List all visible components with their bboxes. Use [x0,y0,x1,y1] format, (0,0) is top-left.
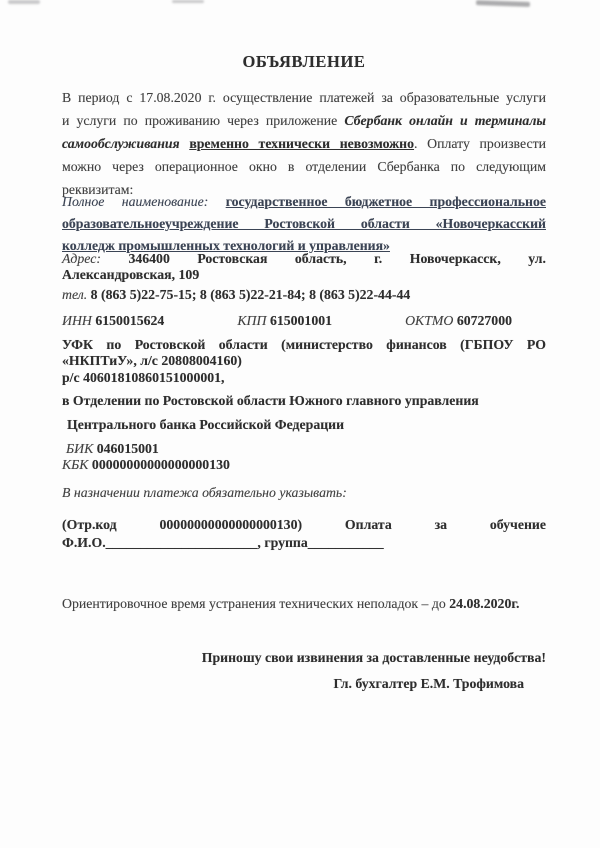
kpp-field: КПП 615001001 [237,313,332,329]
eta-date: 24.08.2020г. [449,596,519,611]
account-number-field: р/с 40601810860151000001, [62,370,546,386]
phone-label: тел. [62,287,91,302]
full-name-field: Полное наименование: государственное бюд… [62,191,546,257]
signature-line: Гл. бухгалтер Е.М. Трофимова [62,676,546,692]
fio-group-line: Ф.И.О.______________________, группа____… [62,534,546,552]
oktmo-field: ОКТМО 60727000 [405,313,512,329]
inn-field: ИНН 6150015624 [62,313,164,329]
announcement-title: ОБЪЯВЛЕНИЕ [62,54,546,70]
payment-purpose-field: (Отр.код 00000000000000000130) Оплата за… [62,516,546,552]
address-field: Адрес: 346400 Ростовская область, г. Нов… [62,251,546,282]
scan-artifact [172,0,204,3]
scan-artifact [476,0,530,7]
temporarily-impossible-emphasis: временно технически невозможно [189,136,414,151]
payment-purpose-note: В назначении платежа обязательно указыва… [62,485,546,501]
intro-line-2: и услуги по проживанию через приложение … [62,109,546,132]
tax-codes-row: ИНН 6150015624 КПП 615001001 ОКТМО 60727… [62,313,512,329]
intro-line-4: можно через операционное окно в отделени… [62,155,546,178]
intro-line-1: В период с 17.08.2020 г. осуществление п… [62,86,546,109]
intro-line-3: самообслуживания временно технически нев… [62,132,546,155]
full-name-label: Полное наименование: [62,194,226,209]
ufk-field: УФК по Ростовской области (министерство … [62,337,546,369]
sberbank-online-emphasis: Сбербанк онлайн и терминалы [344,113,546,128]
bank-branch-line-2: Центрального банка Российской Федерации [62,417,551,433]
phone-field: тел. 8 (863 5)22-75-15; 8 (863 5)22-21-8… [62,287,546,303]
purpose-code-line: (Отр.код 00000000000000000130) Оплата за… [62,516,546,534]
intro-paragraph: В период с 17.08.2020 г. осуществление п… [62,86,546,201]
bik-field: БИК 046015001 [62,441,550,457]
announcement-document: ОБЪЯВЛЕНИЕ В период с 17.08.2020 г. осущ… [0,0,600,848]
address-label: Адрес: [62,251,128,266]
scan-artifact [8,0,40,4]
kbk-field: КБК 00000000000000000130 [62,457,546,473]
apology-line: Приношу свои извинения за доставленные н… [62,650,546,666]
bank-branch-line-1: в Отделении по Ростовской области Южного… [62,393,546,409]
eta-line: Ориентировочное время устранения техниче… [62,596,546,612]
